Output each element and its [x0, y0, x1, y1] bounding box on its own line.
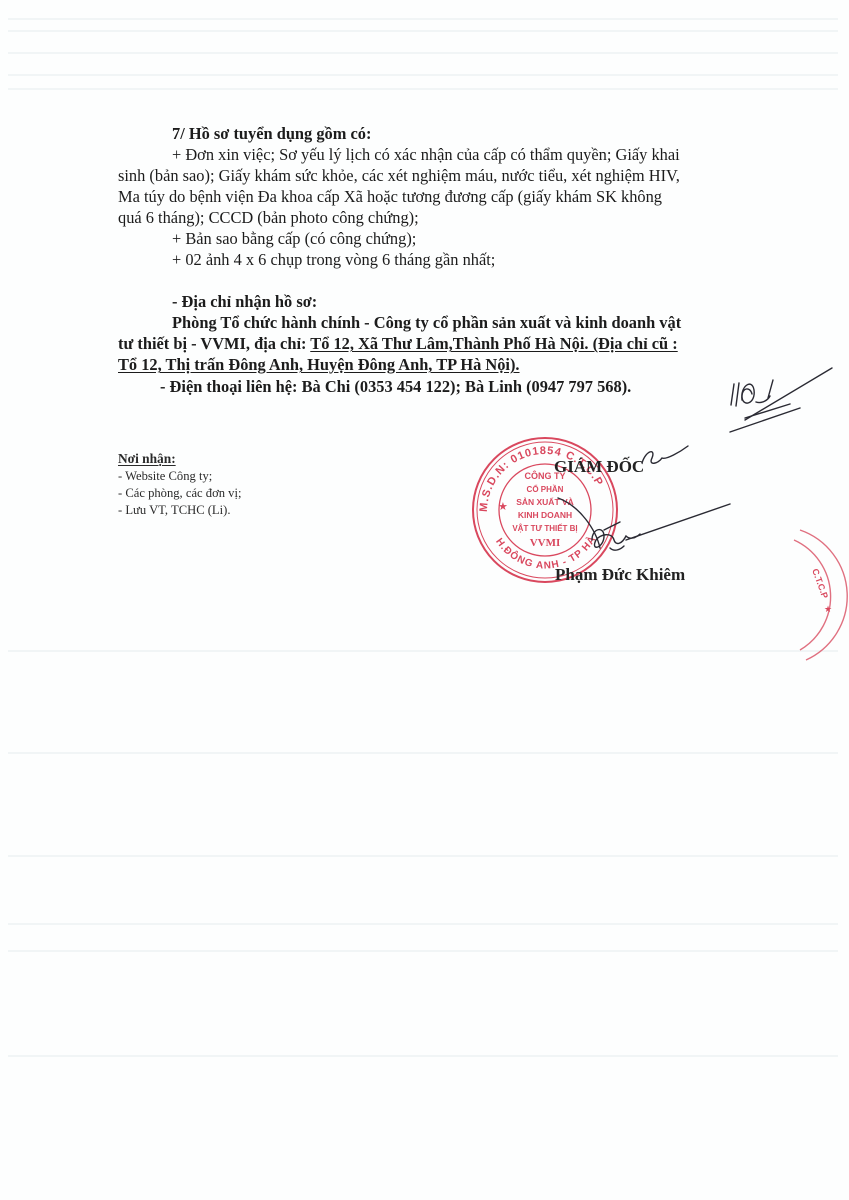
bleed-through-line [8, 950, 838, 952]
bleed-through-line [8, 752, 838, 754]
signature-ink [0, 0, 849, 700]
document-page: 7/ Hồ sơ tuyển dụng gồm có: + Đơn xin vi… [0, 0, 849, 1200]
bleed-through-line [8, 923, 838, 925]
bleed-through-line [8, 1055, 838, 1057]
bleed-through-line [8, 855, 838, 857]
